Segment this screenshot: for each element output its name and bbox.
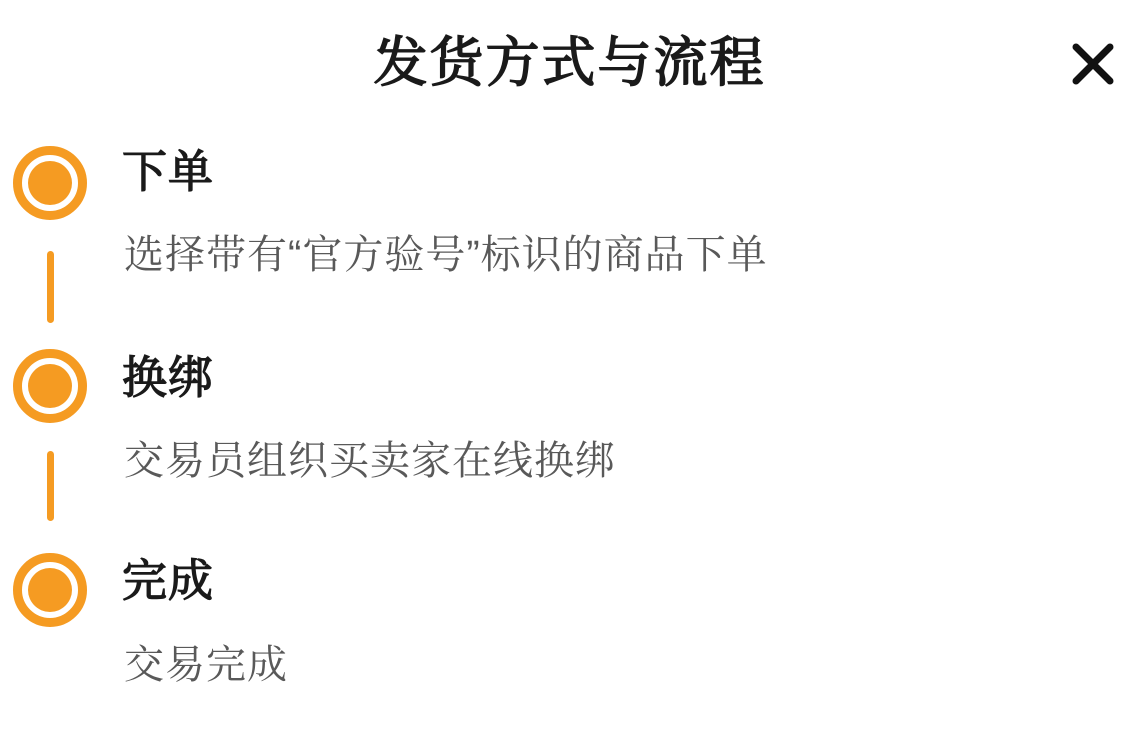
timeline-connector <box>47 451 54 521</box>
timeline-connector <box>47 251 54 323</box>
ring-dot-icon <box>28 161 72 205</box>
ring-dot-icon <box>28 568 72 612</box>
step-label-order: 下单 <box>122 146 214 198</box>
step-marker-icon <box>13 349 87 423</box>
shipping-process-modal: 发货方式与流程 下单 选择带有“官方验号”标识的商品下单 换绑 交易员组织买卖家… <box>0 0 1139 731</box>
step-description-order: 选择带有“官方验号”标识的商品下单 <box>124 231 768 279</box>
step-label-complete: 完成 <box>122 555 214 607</box>
step-label-rebind: 换绑 <box>122 352 214 404</box>
step-description-complete: 交易完成 <box>124 641 288 689</box>
step-marker-icon <box>13 553 87 627</box>
ring-dot-icon <box>28 364 72 408</box>
step-description-rebind: 交易员组织买卖家在线换绑 <box>124 437 616 485</box>
process-timeline: 下单 选择带有“官方验号”标识的商品下单 换绑 交易员组织买卖家在线换绑 完成 … <box>0 0 1139 731</box>
step-marker-icon <box>13 146 87 220</box>
